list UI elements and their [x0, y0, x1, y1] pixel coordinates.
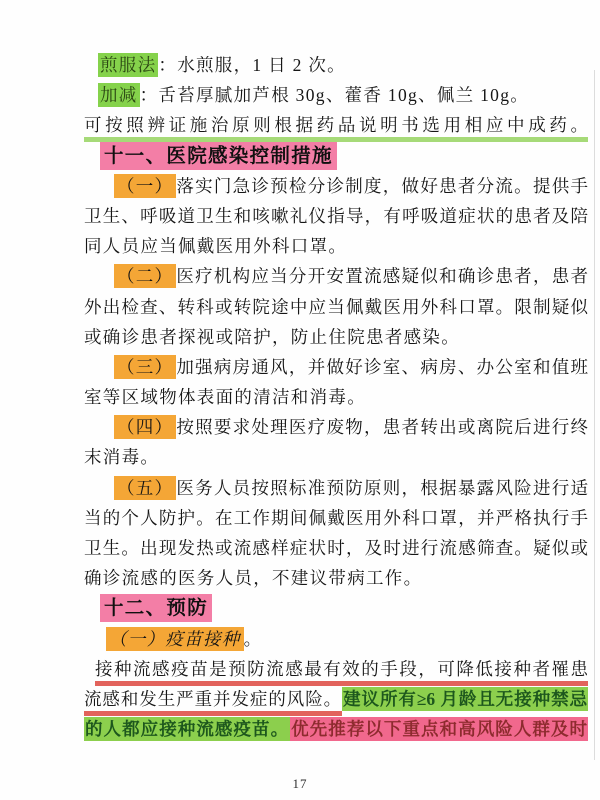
body-text: 加强病房通风，并做好诊室、病房、办公室和值班: [176, 357, 588, 377]
text-line: 当的个人防护。在工作期间佩戴医用外科口罩，并严格执行手: [84, 503, 588, 533]
page-scan-edge: [594, 70, 595, 760]
text-line: 卫生。出现发热或流感样症状时，及时进行流感筛查。疑似或: [84, 533, 588, 563]
text-line: 或确诊患者探视或陪护，防止住院患者感染。: [84, 322, 588, 352]
text-line: 十一、医院感染控制措施: [84, 141, 588, 171]
pink-highlighted-emphasis: 优先推荐以下重点和高风险人群及时: [290, 717, 588, 741]
body-text: ：水煎服，1 日 2 次。: [158, 55, 346, 75]
body-text: 医务人员按照标准预防原则，根据暴露风险进行适: [176, 478, 588, 498]
body-text: 卫生。出现发热或流感样症状时，及时进行流感筛查。疑似或: [84, 538, 588, 558]
red-underlined-text: 流感和发生严重并发症的风险。: [84, 689, 342, 716]
body-text: 外出检查、转科或转院途中应当佩戴医用外科口罩。限制疑似: [84, 297, 588, 317]
text-line: （三）加强病房通风，并做好诊室、病房、办公室和值班: [84, 352, 588, 382]
text-line: 十二、预防: [84, 593, 588, 623]
body-text: 末消毒。: [84, 447, 159, 467]
text-line: 煎服法：水煎服，1 日 2 次。: [84, 50, 588, 80]
section-heading-highlight: 十二、预防: [100, 594, 212, 622]
item-number-highlight: （三）: [114, 355, 176, 379]
text-line: 确诊流感的医务人员，不建议带病工作。: [84, 563, 588, 593]
item-number-highlight: （一）: [114, 174, 176, 198]
text-line: （一）落实门急诊预检分诊制度，做好患者分流。提供手: [84, 171, 588, 201]
green-highlighted-term: 加减: [98, 83, 140, 107]
text-line: 可按照辨证施治原则根据药品说明书选用相应中成药。: [84, 110, 588, 140]
page-number: 17: [0, 776, 600, 792]
text-line: 同人员应当佩戴医用外科口罩。: [84, 231, 588, 261]
body-text: 卫生、呼吸道卫生和咳嗽礼仪指导，有呼吸道症状的患者及陪: [84, 206, 588, 226]
body-text: 同人员应当佩戴医用外科口罩。: [84, 236, 347, 256]
text-line: （一）疫苗接种。: [84, 624, 588, 654]
body-text: 当的个人防护。在工作期间佩戴医用外科口罩，并严格执行手: [84, 508, 588, 528]
document-body: 煎服法：水煎服，1 日 2 次。加减：舌苔厚腻加芦根 30g、藿香 10g、佩兰…: [84, 50, 588, 744]
item-number-highlight: （四）: [114, 415, 176, 439]
text-line: 外出检查、转科或转院途中应当佩戴医用外科口罩。限制疑似: [84, 292, 588, 322]
body-text: 按照要求处理医疗废物，患者转出或离院后进行终: [176, 417, 588, 437]
text-line: 的人都应接种流感疫苗。优先推荐以下重点和高风险人群及时: [84, 714, 588, 744]
text-line: 室等区域物体表面的清洁和消毒。: [84, 382, 588, 412]
text-line: 加减：舌苔厚腻加芦根 30g、藿香 10g、佩兰 10g。: [84, 80, 588, 110]
body-text: ：舌苔厚腻加芦根 30g、藿香 10g、佩兰 10g。: [140, 85, 529, 105]
item-number-highlight: （二）: [114, 264, 176, 288]
body-text: 落实门急诊预检分诊制度，做好患者分流。提供手: [176, 176, 588, 196]
red-underlined-text: 接种流感疫苗是预防流感最有效的手段，可降低接种者罹患: [95, 659, 588, 686]
item-number-highlight: （五）: [114, 476, 176, 500]
green-underlined-text: 可按照辨证施治原则根据药品说明书选用相应中成药。: [84, 115, 588, 142]
text-line: （四）按照要求处理医疗废物，患者转出或离院后进行终: [84, 412, 588, 442]
green-highlighted-recommendation: 的人都应接种流感疫苗。: [84, 717, 290, 741]
green-highlighted-term: 煎服法: [98, 53, 158, 77]
text-line: 末消毒。: [84, 442, 588, 472]
body-text: 确诊流感的医务人员，不建议带病工作。: [84, 568, 422, 588]
text-line: 流感和发生严重并发症的风险。建议所有≥6 月龄且无接种禁忌: [84, 684, 588, 714]
subsection-title-highlight: （一）疫苗接种: [106, 627, 244, 651]
text-line: 卫生、呼吸道卫生和咳嗽礼仪指导，有呼吸道症状的患者及陪: [84, 201, 588, 231]
text-line: （五）医务人员按照标准预防原则，根据暴露风险进行适: [84, 473, 588, 503]
body-text: 医疗机构应当分开安置流感疑似和确诊患者，患者: [176, 266, 588, 286]
body-text: 。: [244, 629, 263, 649]
text-line: （二）医疗机构应当分开安置流感疑似和确诊患者，患者: [84, 261, 588, 291]
green-highlighted-recommendation: 建议所有≥6 月龄且无接种禁忌: [342, 687, 588, 711]
text-line: 接种流感疫苗是预防流感最有效的手段，可降低接种者罹患: [84, 654, 588, 684]
section-heading-highlight: 十一、医院感染控制措施: [100, 142, 337, 170]
body-text: 室等区域物体表面的清洁和消毒。: [84, 387, 366, 407]
body-text: 或确诊患者探视或陪护，防止住院患者感染。: [84, 327, 460, 347]
document-page: 煎服法：水煎服，1 日 2 次。加减：舌苔厚腻加芦根 30g、藿香 10g、佩兰…: [0, 0, 600, 800]
